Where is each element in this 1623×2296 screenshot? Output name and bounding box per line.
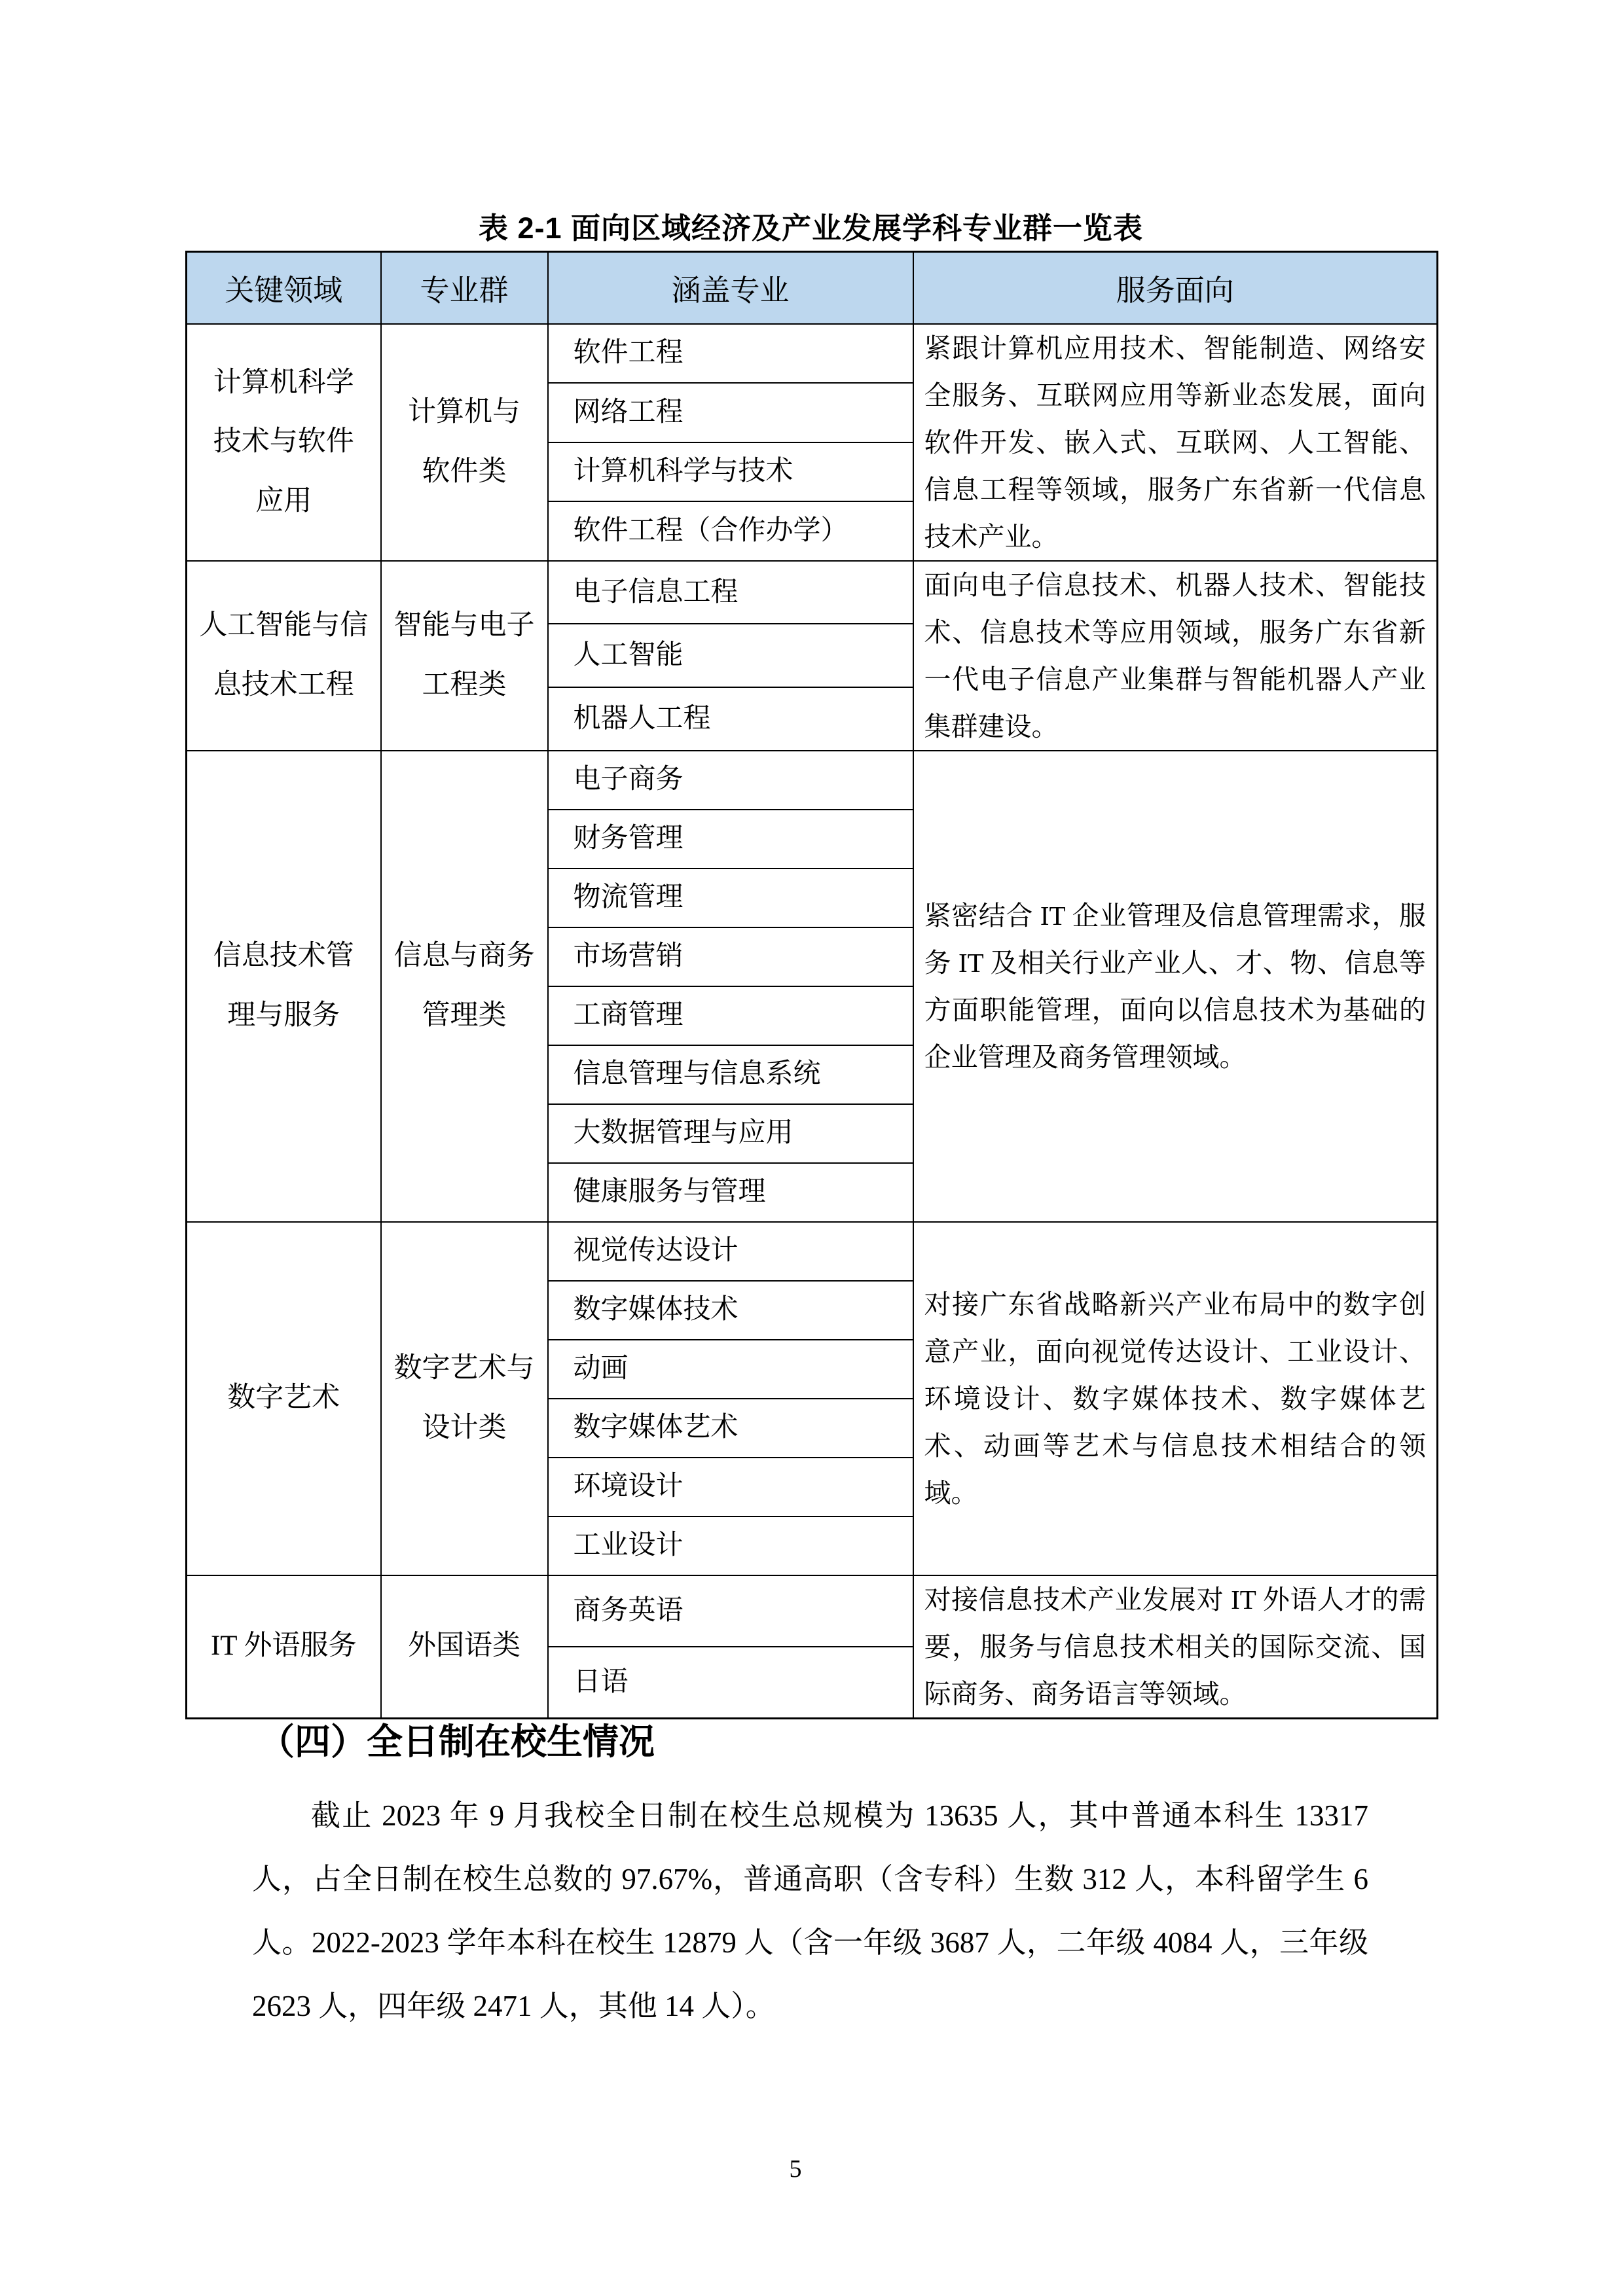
cell-major-1-4: 软件工程（合作办学） [548, 501, 913, 561]
table-header-row: 关键领域 专业群 涵盖专业 服务面向 [187, 252, 1438, 324]
cell-major-3-5: 工商管理 [548, 986, 913, 1045]
table-caption: 表 2-1 面向区域经济及产业发展学科专业群一览表 [185, 211, 1436, 246]
cell-major-5-2: 日语 [548, 1647, 913, 1718]
cell-major-2-3: 机器人工程 [548, 687, 913, 751]
cell-cluster-3: 信息与商务 管理类 [381, 751, 548, 1222]
cell-key-area-1: 计算机科学 技术与软件 应用 [187, 324, 381, 561]
table-row: 人工智能与信 息技术工程 智能与电子 工程类 电子信息工程 面向电子信息技术、机… [187, 561, 1438, 624]
cell-major-4-6: 工业设计 [548, 1516, 913, 1575]
cell-major-1-2: 网络工程 [548, 383, 913, 442]
cell-major-1-1: 软件工程 [548, 324, 913, 384]
cell-major-4-2: 数字媒体技术 [548, 1281, 913, 1340]
cell-cluster-4: 数字艺术与 设计类 [381, 1222, 548, 1575]
cell-major-3-1: 电子商务 [548, 751, 913, 810]
cell-key-area-4: 数字艺术 [187, 1222, 381, 1575]
cell-major-2-1: 电子信息工程 [548, 561, 913, 624]
cell-key-area-3: 信息技术管 理与服务 [187, 751, 381, 1222]
cell-major-4-3: 动画 [548, 1340, 913, 1399]
cell-major-3-8: 健康服务与管理 [548, 1163, 913, 1222]
cell-service-1: 紧跟计算机应用技术、智能制造、网络安全服务、互联网应用等新业态发展，面向软件开发… [913, 324, 1438, 561]
cell-service-5: 对接信息技术产业发展对 IT 外语人才的需要，服务与信息技术相关的国际交流、国际… [913, 1575, 1438, 1719]
cell-cluster-5: 外国语类 [381, 1575, 548, 1719]
cell-service-2: 面向电子信息技术、机器人技术、智能技术、信息技术等应用领域，服务广东省新一代电子… [913, 561, 1438, 751]
page-number: 5 [0, 2155, 1591, 2183]
cell-major-5-1: 商务英语 [548, 1575, 913, 1647]
cell-major-4-1: 视觉传达设计 [548, 1222, 913, 1281]
cell-key-area-2: 人工智能与信 息技术工程 [187, 561, 381, 751]
header-majors: 涵盖专业 [548, 252, 913, 324]
cell-major-2-2: 人工智能 [548, 624, 913, 687]
body-paragraph: 截止 2023 年 9 月我校全日制在校生总规模为 13635 人，其中普通本科… [252, 1784, 1368, 2038]
cell-cluster-2: 智能与电子 工程类 [381, 561, 548, 751]
table-row: 信息技术管 理与服务 信息与商务 管理类 电子商务 紧密结合 IT 企业管理及信… [187, 751, 1438, 810]
cell-major-4-5: 环境设计 [548, 1458, 913, 1516]
cell-major-3-2: 财务管理 [548, 810, 913, 869]
cell-major-1-3: 计算机科学与技术 [548, 442, 913, 502]
cell-major-4-4: 数字媒体艺术 [548, 1399, 913, 1458]
major-groups-table: 关键领域 专业群 涵盖专业 服务面向 计算机科学 技术与软件 应用 计算机与 软… [185, 251, 1438, 1719]
cell-key-area-5: IT 外语服务 [187, 1575, 381, 1719]
table-row: 数字艺术 数字艺术与 设计类 视觉传达设计 对接广东省战略新兴产业布局中的数字创… [187, 1222, 1438, 1281]
header-service: 服务面向 [913, 252, 1438, 324]
cell-service-3: 紧密结合 IT 企业管理及信息管理需求，服务 IT 及相关行业产业人、才、物、信… [913, 751, 1438, 1222]
cell-major-3-7: 大数据管理与应用 [548, 1104, 913, 1163]
cell-major-3-6: 信息管理与信息系统 [548, 1045, 913, 1104]
cell-cluster-1: 计算机与 软件类 [381, 324, 548, 561]
section-heading: （四）全日制在校生情况 [259, 1720, 655, 1763]
cell-service-4: 对接广东省战略新兴产业布局中的数字创意产业，面向视觉传达设计、工业设计、环境设计… [913, 1222, 1438, 1575]
table-row: 计算机科学 技术与软件 应用 计算机与 软件类 软件工程 紧跟计算机应用技术、智… [187, 324, 1438, 384]
cell-major-3-4: 市场营销 [548, 927, 913, 986]
header-key-area: 关键领域 [187, 252, 381, 324]
table-row: IT 外语服务 外国语类 商务英语 对接信息技术产业发展对 IT 外语人才的需要… [187, 1575, 1438, 1647]
cell-major-3-3: 物流管理 [548, 869, 913, 927]
header-cluster: 专业群 [381, 252, 548, 324]
document-page: 表 2-1 面向区域经济及产业发展学科专业群一览表 关键领域 专业群 涵盖专业 … [0, 0, 1623, 2296]
